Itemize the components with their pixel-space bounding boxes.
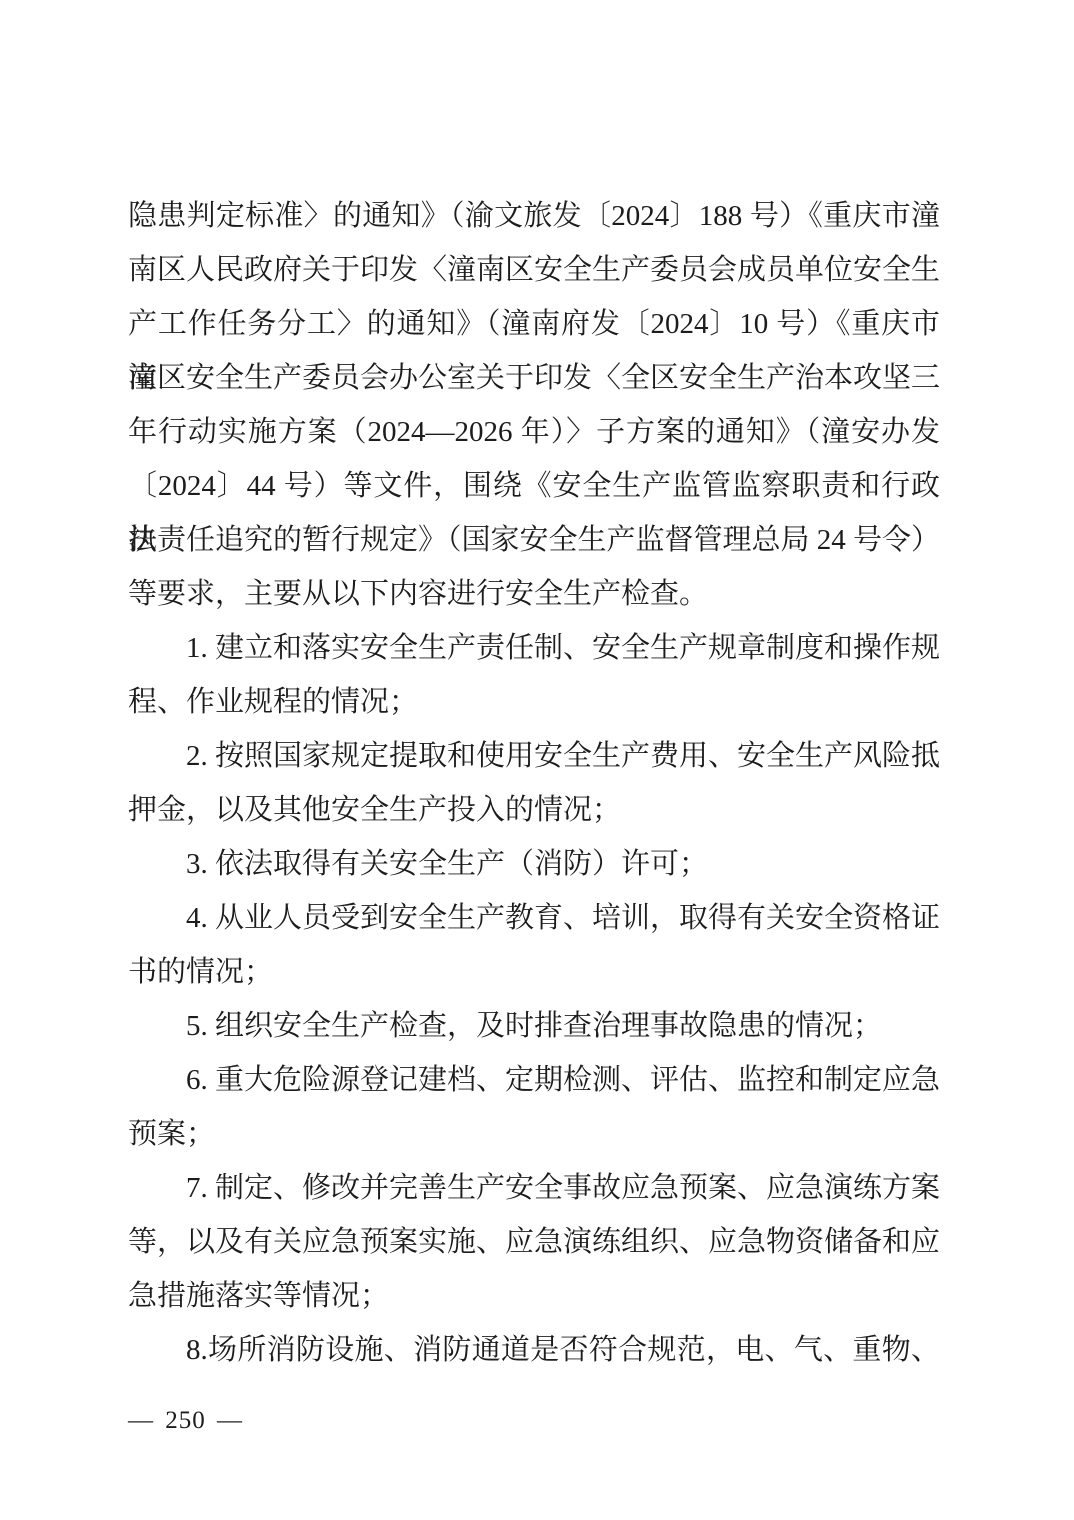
text-line: 急措施落实等情况； — [128, 1269, 940, 1323]
text-line: 南区人民政府关于印发〈潼南区安全生产委员会成员单位安全生 — [128, 243, 940, 297]
text-line-item-5: 5. 组织安全生产检查，及时排查治理事故隐患的情况； — [128, 999, 940, 1053]
text-line-item-7: 7. 制定、修改并完善生产安全事故应急预案、应急演练方案 — [128, 1161, 940, 1215]
text-line-item-8: 8.场所消防设施、消防通道是否符合规范，电、气、重物、 — [128, 1323, 940, 1377]
text-line: 产工作任务分工〉的通知》（潼南府发〔2024〕10 号）《重庆市潼 — [128, 297, 940, 351]
text-line: 押金，以及其他安全生产投入的情况； — [128, 783, 940, 837]
text-line: 〔2024〕44 号）等文件，围绕《安全生产监管监察职责和行政执 — [128, 459, 940, 513]
text-line: 法责任追究的暂行规定》（国家安全生产监督管理总局 24 号令） — [128, 513, 940, 567]
text-line: 隐患判定标准〉的通知》（渝文旅发〔2024〕188 号）《重庆市潼 — [128, 189, 940, 243]
text-line-item-4: 4. 从业人员受到安全生产教育、培训，取得有关安全资格证 — [128, 891, 940, 945]
text-line: 预案； — [128, 1107, 940, 1161]
text-line: 年行动实施方案（2024—2026 年）〉子方案的通知》（潼安办发 — [128, 405, 940, 459]
body-text: 隐患判定标准〉的通知》（渝文旅发〔2024〕188 号）《重庆市潼 南区人民政府… — [128, 189, 940, 1377]
text-line-item-3: 3. 依法取得有关安全生产（消防）许可； — [128, 837, 940, 891]
text-line: 书的情况； — [128, 945, 940, 999]
text-line-item-1: 1. 建立和落实安全生产责任制、安全生产规章制度和操作规 — [128, 621, 940, 675]
document-page: 隐患判定标准〉的通知》（渝文旅发〔2024〕188 号）《重庆市潼 南区人民政府… — [0, 0, 1074, 1520]
page-number: — 250 — — [128, 1406, 243, 1436]
text-line: 程、作业规程的情况； — [128, 675, 940, 729]
text-line: 南区安全生产委员会办公室关于印发〈全区安全生产治本攻坚三 — [128, 351, 940, 405]
text-line-item-6: 6. 重大危险源登记建档、定期检测、评估、监控和制定应急 — [128, 1053, 940, 1107]
text-line: 等要求，主要从以下内容进行安全生产检查。 — [128, 567, 940, 621]
text-line-item-2: 2. 按照国家规定提取和使用安全生产费用、安全生产风险抵 — [128, 729, 940, 783]
text-line: 等，以及有关应急预案实施、应急演练组织、应急物资储备和应 — [128, 1215, 940, 1269]
